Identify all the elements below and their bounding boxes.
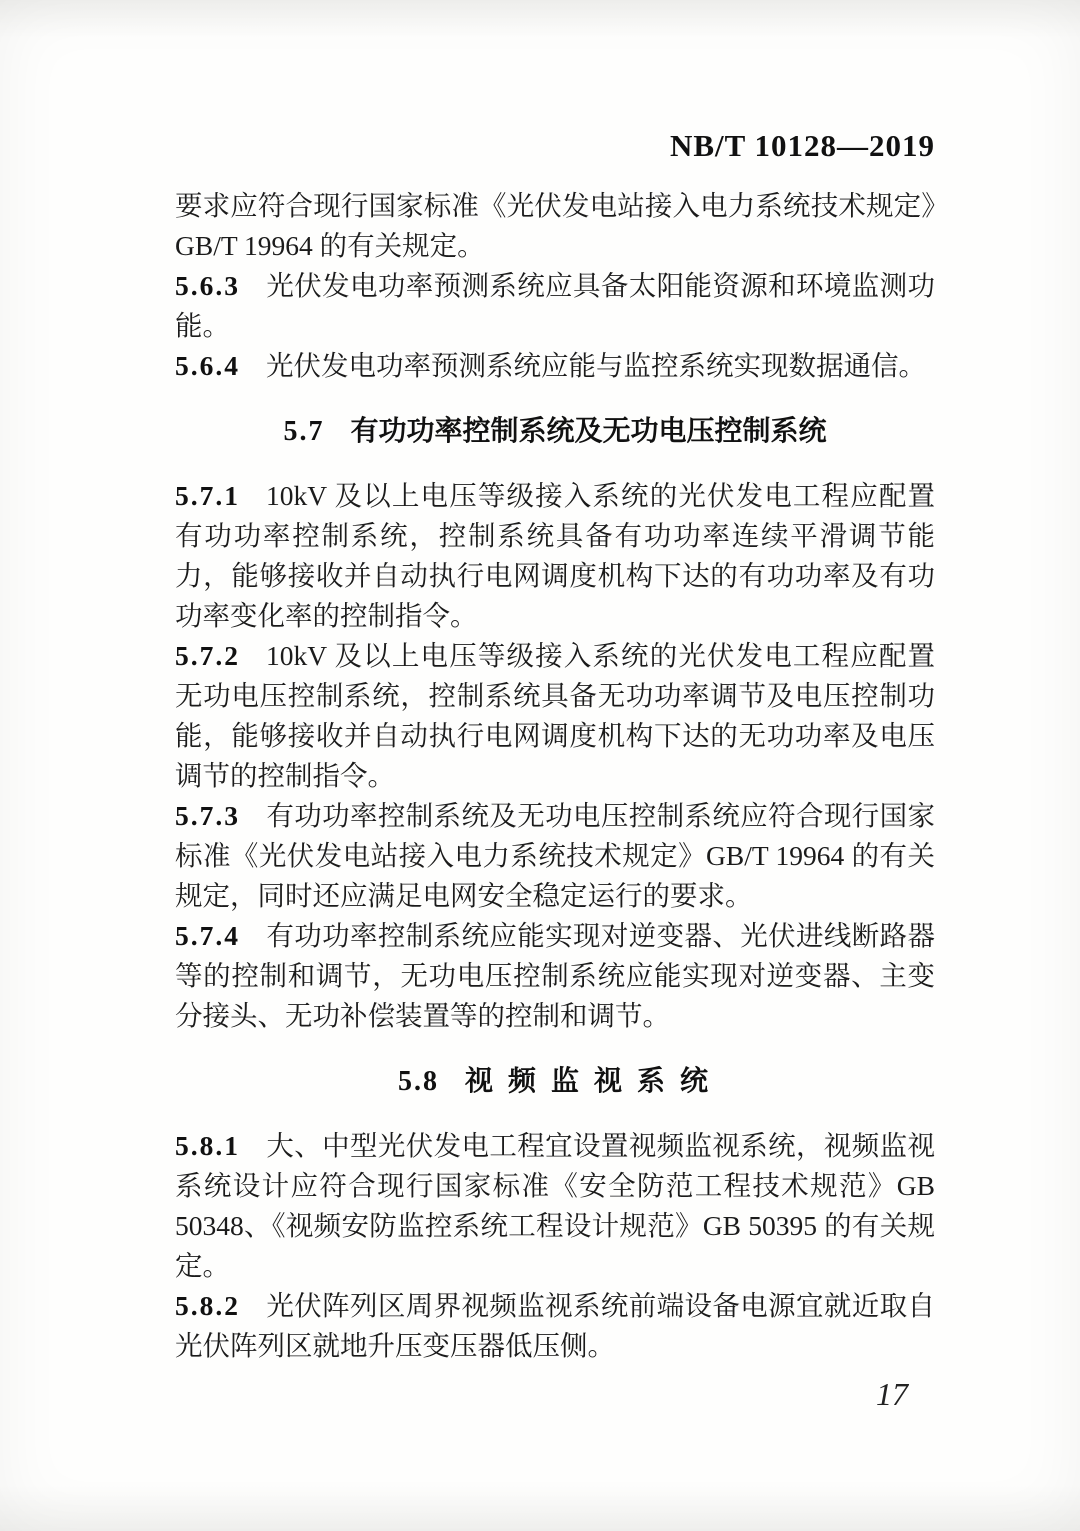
clause-number: 5.7.1 — [175, 480, 240, 511]
standard-code: NB/T 10128—2019 — [670, 128, 935, 163]
clause-text: 光伏阵列区周界视频监视系统前端设备电源宜就近取自光伏阵列区就地升压变压器低压侧。 — [175, 1290, 935, 1361]
document-body: 要求应符合现行国家标准《光伏发电站接入电力系统技术规定》GB/T 19964 的… — [175, 186, 935, 1366]
page-content: NB/T 10128—2019 要求应符合现行国家标准《光伏发电站接入电力系统技… — [175, 0, 935, 1366]
clause-5-7-4: 5.7.4有功功率控制系统应能实现对逆变器、光伏进线断路器等的控制和调节，无功电… — [175, 916, 935, 1036]
page-header: NB/T 10128—2019 — [175, 128, 935, 164]
section-heading-5-7: 5.7有功功率控制系统及无功电压控制系统 — [175, 412, 935, 452]
document-page: NB/T 10128—2019 要求应符合现行国家标准《光伏发电站接入电力系统技… — [0, 0, 1080, 1531]
clause-number: 5.6.4 — [175, 350, 240, 381]
clause-text: 有功功率控制系统应能实现对逆变器、光伏进线断路器等的控制和调节，无功电压控制系统… — [175, 920, 935, 1031]
clause-number: 5.8.1 — [175, 1130, 240, 1161]
paragraph-text: 要求应符合现行国家标准《光伏发电站接入电力系统技术规定》GB/T 19964 的… — [175, 190, 935, 261]
clause-text: 大、中型光伏发电工程宜设置视频监视系统，视频监视系统设计应符合现行国家标准《安全… — [175, 1130, 935, 1281]
clause-text: 有功功率控制系统及无功电压控制系统应符合现行国家标准《光伏发电站接入电力系统技术… — [175, 800, 935, 911]
clause-text: 光伏发电功率预测系统应能与监控系统实现数据通信。 — [266, 350, 926, 381]
clause-5-8-2: 5.8.2光伏阵列区周界视频监视系统前端设备电源宜就近取自光伏阵列区就地升压变压… — [175, 1286, 935, 1366]
section-title: 有功功率控制系统及无功电压控制系统 — [350, 416, 826, 447]
clause-5-6-3: 5.6.3光伏发电功率预测系统应具备太阳能资源和环境监测功能。 — [175, 266, 935, 346]
page-number: 17 — [876, 1376, 908, 1413]
section-number: 5.8 — [398, 1066, 439, 1097]
clause-5-6-4: 5.6.4光伏发电功率预测系统应能与监控系统实现数据通信。 — [175, 346, 935, 386]
clause-text: 10kV 及以上电压等级接入系统的光伏发电工程应配置有功功率控制系统，控制系统具… — [175, 480, 935, 631]
clause-5-7-3: 5.7.3有功功率控制系统及无功电压控制系统应符合现行国家标准《光伏发电站接入电… — [175, 796, 935, 916]
clause-5-7-1: 5.7.110kV 及以上电压等级接入系统的光伏发电工程应配置有功功率控制系统，… — [175, 476, 935, 636]
paragraph-continuation: 要求应符合现行国家标准《光伏发电站接入电力系统技术规定》GB/T 19964 的… — [175, 186, 935, 266]
clause-number: 5.7.3 — [175, 800, 240, 831]
clause-number: 5.7.4 — [175, 920, 240, 951]
clause-5-7-2: 5.7.210kV 及以上电压等级接入系统的光伏发电工程应配置无功电压控制系统，… — [175, 636, 935, 796]
section-heading-5-8: 5.8视 频 监 视 系 统 — [175, 1062, 935, 1102]
clause-number: 5.8.2 — [175, 1290, 240, 1321]
clause-text: 光伏发电功率预测系统应具备太阳能资源和环境监测功能。 — [175, 270, 935, 341]
section-title: 视 频 监 视 系 统 — [465, 1066, 712, 1097]
section-number: 5.7 — [283, 416, 324, 447]
clause-text: 10kV 及以上电压等级接入系统的光伏发电工程应配置无功电压控制系统，控制系统具… — [175, 640, 935, 791]
clause-5-8-1: 5.8.1大、中型光伏发电工程宜设置视频监视系统，视频监视系统设计应符合现行国家… — [175, 1126, 935, 1286]
clause-number: 5.6.3 — [175, 270, 240, 301]
page-number-value: 17 — [876, 1376, 908, 1412]
clause-number: 5.7.2 — [175, 640, 240, 671]
